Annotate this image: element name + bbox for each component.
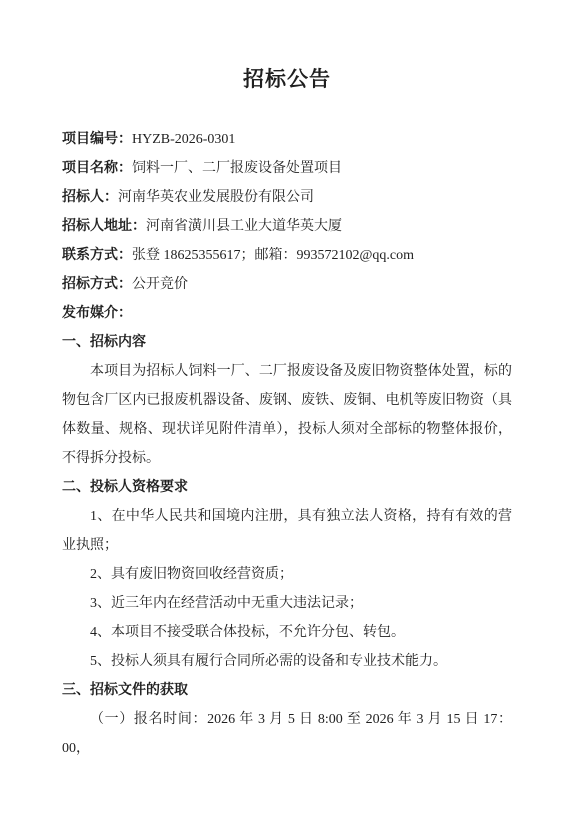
field-tender-method: 招标方式：公开竞价 <box>62 270 512 299</box>
para-tender-content: 本项目为招标人饲料一厂、二厂报废设备及废旧物资整体处置，标的物包含厂区内已报废机… <box>62 357 512 473</box>
section-bidder-qualification: 二、投标人资格要求 1、在中华人民共和国境内注册，具有独立法人资格，持有有效的营… <box>62 473 512 676</box>
field-project-number-label: 项目编号： <box>62 132 132 147</box>
field-publish-media-label: 发布媒介： <box>62 306 132 321</box>
field-tenderer-address: 招标人地址：河南省潢川县工业大道华英大厦 <box>62 212 512 241</box>
field-project-name-value: 饲料一厂、二厂报废设备处置项目 <box>132 161 342 176</box>
section-document-acquisition: 三、招标文件的获取 （一）报名时间：2026 年 3 月 5 日 8:00 至 … <box>62 676 512 763</box>
para-qualification-2: 2、具有废旧物资回收经营资质； <box>62 560 512 589</box>
heading-document-acquisition: 三、招标文件的获取 <box>62 676 512 705</box>
field-tenderer-address-label: 招标人地址： <box>62 219 146 234</box>
field-project-name-label: 项目名称： <box>62 161 132 176</box>
para-registration-time: （一）报名时间：2026 年 3 月 5 日 8:00 至 2026 年 3 月… <box>62 705 512 763</box>
field-project-name: 项目名称：饲料一厂、二厂报废设备处置项目 <box>62 154 512 183</box>
section-tender-content: 一、招标内容 本项目为招标人饲料一厂、二厂报废设备及废旧物资整体处置，标的物包含… <box>62 328 512 473</box>
field-tenderer-address-value: 河南省潢川县工业大道华英大厦 <box>146 219 342 234</box>
page-title: 招标公告 <box>62 66 512 92</box>
field-project-number: 项目编号：HYZB-2026-0301 <box>62 125 512 154</box>
document-page: 招标公告 项目编号：HYZB-2026-0301 项目名称：饲料一厂、二厂报废设… <box>0 0 573 815</box>
field-tenderer-value: 河南华英农业发展股份有限公司 <box>118 190 314 205</box>
para-qualification-3: 3、近三年内在经营活动中无重大违法记录； <box>62 589 512 618</box>
field-tenderer: 招标人：河南华英农业发展股份有限公司 <box>62 183 512 212</box>
heading-tender-content: 一、招标内容 <box>62 328 512 357</box>
para-qualification-1: 1、在中华人民共和国境内注册，具有独立法人资格，持有有效的营业执照； <box>62 502 512 560</box>
field-project-number-value: HYZB-2026-0301 <box>132 132 235 147</box>
field-tender-method-label: 招标方式： <box>62 277 132 292</box>
field-tender-method-value: 公开竞价 <box>132 277 188 292</box>
field-publish-media: 发布媒介： <box>62 299 512 328</box>
field-contact-label: 联系方式： <box>62 248 132 263</box>
field-tenderer-label: 招标人： <box>62 190 118 205</box>
heading-bidder-qualification: 二、投标人资格要求 <box>62 473 512 502</box>
para-qualification-5: 5、投标人须具有履行合同所必需的设备和专业技术能力。 <box>62 647 512 676</box>
para-qualification-4: 4、本项目不接受联合体投标，不允许分包、转包。 <box>62 618 512 647</box>
field-contact-value: 张登 18625355617；邮箱：993572102@qq.com <box>132 248 414 263</box>
field-contact: 联系方式：张登 18625355617；邮箱：993572102@qq.com <box>62 241 512 270</box>
